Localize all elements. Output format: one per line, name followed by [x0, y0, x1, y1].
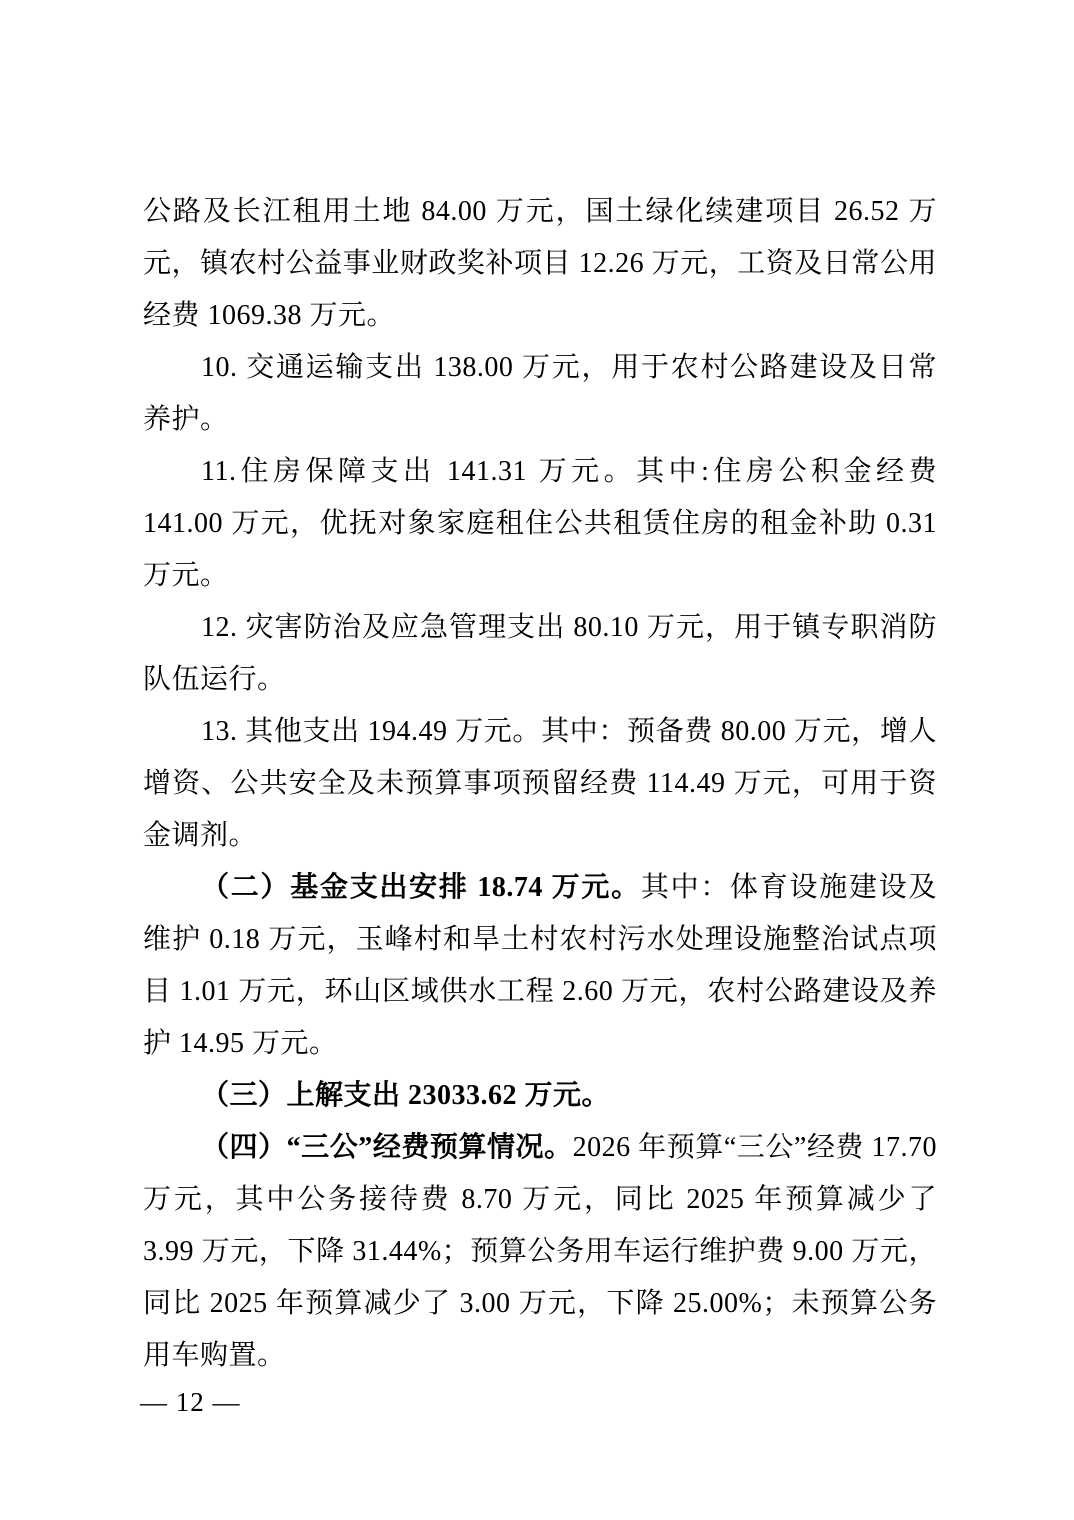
paragraph-continuation: 公路及长江租用土地 84.00 万元，国土绿化续建项目 26.52 万元，镇农村…	[143, 186, 937, 342]
page-number: — 12 —	[140, 1384, 241, 1420]
paragraph-section-4: （四）“三公”经费预算情况。2026 年预算“三公”经费 17.70 万元，其中…	[143, 1122, 937, 1382]
paragraph-item-12: 12. 灾害防治及应急管理支出 80.10 万元，用于镇专职消防队伍运行。	[143, 602, 937, 706]
document-body: 公路及长江租用土地 84.00 万元，国土绿化续建项目 26.52 万元，镇农村…	[143, 186, 937, 1382]
paragraph-item-10: 10. 交通运输支出 138.00 万元，用于农村公路建设及日常养护。	[143, 342, 937, 446]
paragraph-lead-bold: （四）“三公”经费预算情况。	[201, 1132, 573, 1163]
paragraph-text: 11.住房保障支出 141.31 万元。其中:住房公积金经费 141.00 万元…	[143, 456, 937, 591]
paragraph-item-11: 11.住房保障支出 141.31 万元。其中:住房公积金经费 141.00 万元…	[143, 446, 937, 602]
paragraph-lead-bold: （二）基金支出安排 18.74 万元。	[201, 872, 641, 903]
paragraph-section-2: （二）基金支出安排 18.74 万元。其中：体育设施建设及维护 0.18 万元，…	[143, 862, 937, 1070]
paragraph-item-13: 13. 其他支出 194.49 万元。其中：预备费 80.00 万元，增人增资、…	[143, 706, 937, 862]
paragraph-text: 12. 灾害防治及应急管理支出 80.10 万元，用于镇专职消防队伍运行。	[143, 612, 937, 695]
paragraph-section-3: （三）上解支出 23033.62 万元。	[143, 1070, 937, 1122]
paragraph-text: 公路及长江租用土地 84.00 万元，国土绿化续建项目 26.52 万元，镇农村…	[143, 196, 937, 331]
paragraph-text: 13. 其他支出 194.49 万元。其中：预备费 80.00 万元，增人增资、…	[143, 716, 937, 851]
paragraph-text: 10. 交通运输支出 138.00 万元，用于农村公路建设及日常养护。	[143, 352, 937, 435]
document-page: 公路及长江租用土地 84.00 万元，国土绿化续建项目 26.52 万元，镇农村…	[0, 0, 1074, 1520]
paragraph-lead-bold: （三）上解支出 23033.62 万元。	[201, 1080, 610, 1111]
paragraph-text: 2026 年预算“三公”经费 17.70 万元，其中公务接待费 8.70 万元，…	[143, 1132, 937, 1371]
